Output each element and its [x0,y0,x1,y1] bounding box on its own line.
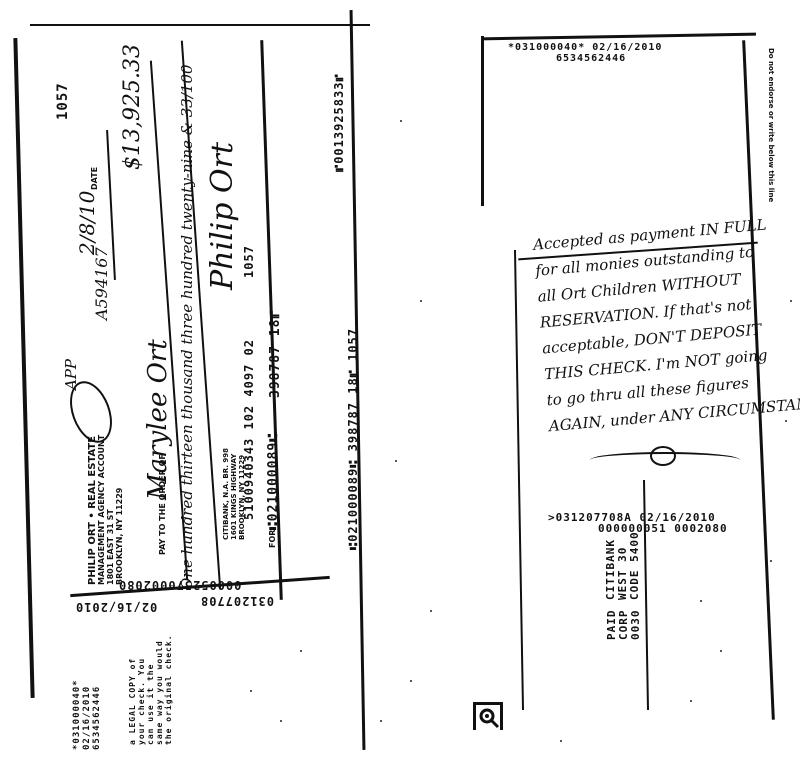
back-stamp-line1: *031000040* 02/16/2010 [508,42,662,53]
legal-copy-line: same way you would [155,634,164,745]
legal-copy-line: a LEGAL COPY of [128,634,137,745]
side-stamp: *031000040* 02/16/2010 6534562446 [72,679,102,750]
micr-top-line: 5100940343 102 4097 02 [242,339,256,520]
endorse-date: 02/16/2010 [75,600,157,614]
paid-stamp: PAID CORP 0030 [606,610,642,641]
memo-label: FOR [268,530,277,548]
bank-line2: 1601 KINGS HIGHWAY [230,448,238,540]
back-top-border [481,33,756,41]
legal-copy-line: your check. You [137,634,146,745]
micr-routing: ⑆021000089⑆ [266,433,281,530]
payer-block: PHILIP ORT • REAL ESTATE MANAGEMENT AGEN… [88,435,124,585]
payer-line4: BROOKLYN, NY 11229 [115,435,124,585]
signature-loop [650,446,676,466]
side-stamp-line: 02/16/2010 [82,679,92,750]
back-stamp-line2: 6534562446 [508,53,662,64]
signature: Philip Ort [205,142,240,290]
payer-line3: 1801 EAST 31 ST [106,435,115,585]
back-left-border [481,36,484,206]
account-ref: A594167 [92,247,111,320]
magnifier-zoom-icon [477,706,501,730]
endorse-seq: 000052570002080 [118,578,241,592]
micr-check-top: 1057 [242,245,256,278]
check-left-border [13,38,34,698]
side-stamp-line: 6534562446 [92,679,102,750]
legal-copy-line: can use it the [146,634,155,745]
amount-numeric: $13,925.33 [120,44,145,170]
bank-name: CITIBANK, N.A. BR. 998 [222,448,230,540]
back-stamp-top: *031000040* 02/16/2010 6534562446 [508,42,662,64]
payee-name: Marylee Ort [143,339,173,500]
date-label: DATE [90,167,99,190]
note-box-left [514,250,524,710]
endorse-bank-line: CODE 5400 [629,531,641,600]
endorse-notice: Do not endorse or write below this line [767,48,775,202]
check-date: 2/8/10 [75,191,99,255]
paid-line: 0030 [630,610,642,641]
legal-copy-notice: a LEGAL COPY of your check. You can use … [128,634,173,745]
check-top-border [30,24,370,26]
check-number: 1057 [55,82,71,120]
lower-micr: ⑆021000089⑆ 398787 18⑈ 1057 [346,328,360,550]
micr-account: 398787 18⑈ [268,310,283,398]
micr-amount: ⑈0013925833⑈ [332,73,346,172]
side-stamp-line: *031000040* [72,679,82,750]
endorse-code: 031207708 [200,594,274,608]
handwritten-note: Accepted as payment IN FULL for all moni… [532,207,800,439]
payer-line2: MANAGEMENT AGENCY ACCOUNT [97,435,106,585]
zoom-button[interactable] [473,702,503,730]
endorse-bank-lines: CITIBANK WEST 30 CODE 5400 [605,531,641,600]
legal-copy-line: the original check. [164,634,173,745]
payer-name: PHILIP ORT • REAL ESTATE [88,435,97,585]
